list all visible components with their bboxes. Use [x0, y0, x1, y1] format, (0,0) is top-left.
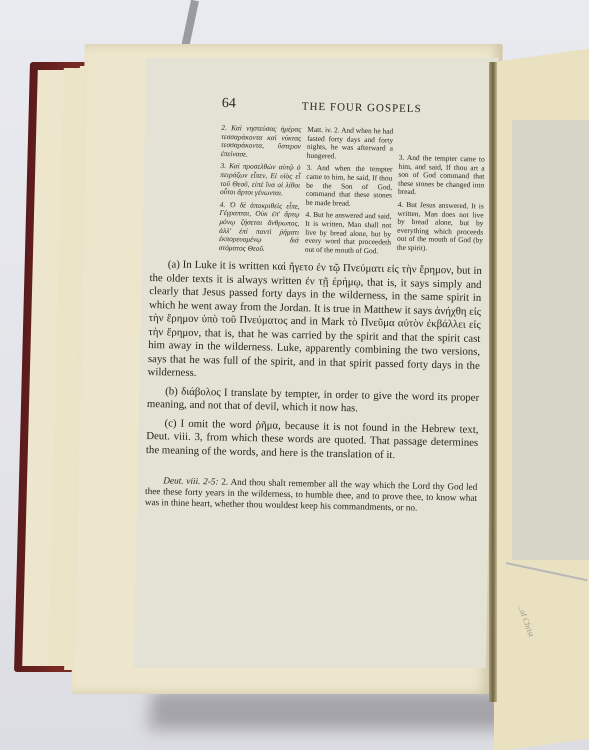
parallel-columns: 2. Καὶ νηστεύσας ἡμέρας τεσσαράκοντα καὶ…: [219, 124, 492, 262]
authorized-column: Matt. iv. 2. And when he had fasted fort…: [305, 126, 394, 260]
page-header: 64 THE FOUR GOSPELS: [222, 96, 492, 122]
page-content: 64 THE FOUR GOSPELS 2. Καὶ νηστεύσας ἡμέ…: [219, 96, 492, 262]
verse: 3. Καὶ προσελθὼν αὐτῷ ὁ πειράζων εἶπεν, …: [220, 162, 301, 198]
verse: 4. But Jesus answered, It is written, Ma…: [397, 201, 484, 254]
verse: 3. And the tempter came to him, and said…: [398, 154, 485, 199]
note-b: (b) διάβολος I translate by tempter, in …: [147, 384, 479, 418]
deut-reference: Deut. viii. 2-5:: [163, 475, 218, 486]
verse: 3. And when the tempter came to him, he …: [306, 164, 393, 209]
verse: Matt. iv. 2. And when he had fasted fort…: [307, 126, 394, 162]
page-number: 64: [222, 96, 236, 112]
note-a: (a) In Luke it is written καὶ ἤγετο ἐν τ…: [147, 258, 481, 386]
illustration-plate: [512, 120, 589, 560]
note-c: (c) I omit the word ῥῆμα, because it is …: [146, 416, 479, 463]
translation-column: 3. And the tempter came to him, and said…: [397, 128, 486, 262]
notes-body: (a) In Luke it is written καὶ ἤγετο ἐν τ…: [145, 258, 482, 520]
running-head: THE FOUR GOSPELS: [302, 101, 422, 116]
verse: 4. But he answered and said, It is writt…: [305, 211, 392, 256]
verse: 4. Ὁ δὲ ἀποκριθεὶς εἶπε, Γέγραπται, Οὐκ …: [219, 201, 300, 254]
greek-column: 2. Καὶ νηστεύσας ἡμέρας τεσσαράκοντα καὶ…: [219, 124, 302, 258]
book-shadow: [148, 690, 532, 730]
deut-quote: Deut. viii. 2-5: 2. And thou shalt remem…: [145, 475, 478, 515]
verse: 2. Καὶ νηστεύσας ἡμέρας τεσσαράκοντα καὶ…: [221, 124, 302, 160]
